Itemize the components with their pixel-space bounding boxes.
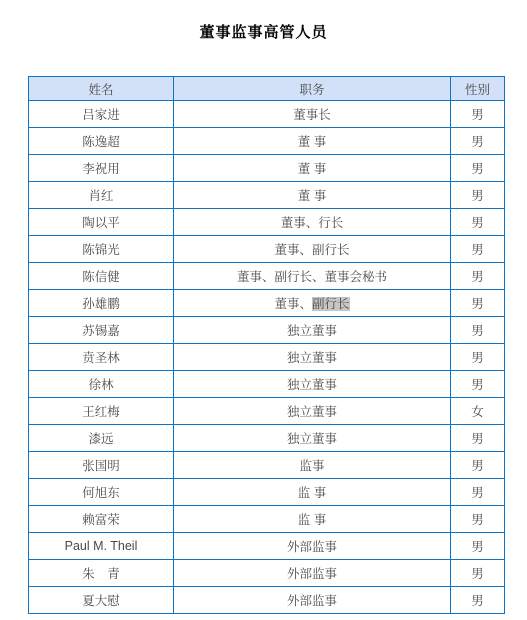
position-cell: 董事、行长: [174, 209, 451, 236]
name-cell: 孙雄鹏: [29, 290, 174, 317]
table-row: 陈逸超董 事男: [29, 128, 505, 155]
position-cell: 董事长: [174, 101, 451, 128]
table-row: 张国明监事男: [29, 452, 505, 479]
name-cell: 李祝用: [29, 155, 174, 182]
name-cell: 徐林: [29, 371, 174, 398]
table-row: 漆远独立董事男: [29, 425, 505, 452]
position-cell: 独立董事: [174, 398, 451, 425]
position-cell: 董事、副行长: [174, 290, 451, 317]
gender-cell: 男: [451, 290, 505, 317]
name-cell: 陈锦光: [29, 236, 174, 263]
position-cell: 外部监事: [174, 533, 451, 560]
gender-cell: 男: [451, 236, 505, 263]
gender-cell: 男: [451, 425, 505, 452]
gender-cell: 男: [451, 317, 505, 344]
gender-cell: 男: [451, 506, 505, 533]
page: 董事监事高管人员 姓名 职务 性别 吕家进董事长男陈逸超董 事男李祝用董 事男肖…: [0, 0, 527, 620]
position-cell: 独立董事: [174, 317, 451, 344]
table-row: 何旭东监 事男: [29, 479, 505, 506]
gender-cell: 男: [451, 344, 505, 371]
position-cell: 董 事: [174, 155, 451, 182]
table-row: 陶以平董事、行长男: [29, 209, 505, 236]
table-row: 赖富荣监 事男: [29, 506, 505, 533]
header-row: 姓名 职务 性别: [29, 77, 505, 101]
highlighted-text: 副行长: [312, 297, 350, 311]
officers-table: 姓名 职务 性别 吕家进董事长男陈逸超董 事男李祝用董 事男肖红董 事男陶以平董…: [28, 76, 505, 614]
table-row: Paul M. Theil外部监事男: [29, 533, 505, 560]
position-cell: 独立董事: [174, 344, 451, 371]
page-title: 董事监事高管人员: [0, 0, 527, 42]
gender-cell: 男: [451, 209, 505, 236]
gender-cell: 男: [451, 533, 505, 560]
table-row: 孙雄鹏董事、副行长男: [29, 290, 505, 317]
name-cell: 陈逸超: [29, 128, 174, 155]
gender-cell: 男: [451, 452, 505, 479]
position-cell: 外部监事: [174, 587, 451, 614]
gender-cell: 女: [451, 398, 505, 425]
col-header-name: 姓名: [29, 77, 174, 101]
name-cell: 张国明: [29, 452, 174, 479]
gender-cell: 男: [451, 587, 505, 614]
position-cell: 董 事: [174, 128, 451, 155]
table-row: 夏大慰外部监事男: [29, 587, 505, 614]
position-cell: 董 事: [174, 182, 451, 209]
name-cell: 朱 青: [29, 560, 174, 587]
table-row: 贲圣林独立董事男: [29, 344, 505, 371]
table-row: 李祝用董 事男: [29, 155, 505, 182]
table-row: 苏锡嘉独立董事男: [29, 317, 505, 344]
table-row: 王红梅独立董事女: [29, 398, 505, 425]
name-cell: Paul M. Theil: [29, 533, 174, 560]
table-body: 吕家进董事长男陈逸超董 事男李祝用董 事男肖红董 事男陶以平董事、行长男陈锦光董…: [29, 101, 505, 614]
gender-cell: 男: [451, 182, 505, 209]
gender-cell: 男: [451, 263, 505, 290]
name-cell: 贲圣林: [29, 344, 174, 371]
name-cell: 肖红: [29, 182, 174, 209]
position-cell: 董事、副行长: [174, 236, 451, 263]
name-cell: 王红梅: [29, 398, 174, 425]
gender-cell: 男: [451, 155, 505, 182]
name-cell: 苏锡嘉: [29, 317, 174, 344]
table-row: 陈信健董事、副行长、董事会秘书男: [29, 263, 505, 290]
position-cell: 监 事: [174, 479, 451, 506]
name-cell: 吕家进: [29, 101, 174, 128]
name-cell: 陈信健: [29, 263, 174, 290]
name-cell: 夏大慰: [29, 587, 174, 614]
gender-cell: 男: [451, 560, 505, 587]
gender-cell: 男: [451, 479, 505, 506]
table-row: 吕家进董事长男: [29, 101, 505, 128]
table-row: 朱 青外部监事男: [29, 560, 505, 587]
table-row: 徐林独立董事男: [29, 371, 505, 398]
position-cell: 独立董事: [174, 425, 451, 452]
position-cell: 监 事: [174, 506, 451, 533]
gender-cell: 男: [451, 371, 505, 398]
position-cell: 外部监事: [174, 560, 451, 587]
table-row: 陈锦光董事、副行长男: [29, 236, 505, 263]
name-cell: 漆远: [29, 425, 174, 452]
name-cell: 何旭东: [29, 479, 174, 506]
col-header-position: 职务: [174, 77, 451, 101]
position-cell: 监事: [174, 452, 451, 479]
name-cell: 陶以平: [29, 209, 174, 236]
position-cell: 董事、副行长、董事会秘书: [174, 263, 451, 290]
position-cell: 独立董事: [174, 371, 451, 398]
name-cell: 赖富荣: [29, 506, 174, 533]
col-header-gender: 性别: [451, 77, 505, 101]
table-row: 肖红董 事男: [29, 182, 505, 209]
gender-cell: 男: [451, 101, 505, 128]
gender-cell: 男: [451, 128, 505, 155]
